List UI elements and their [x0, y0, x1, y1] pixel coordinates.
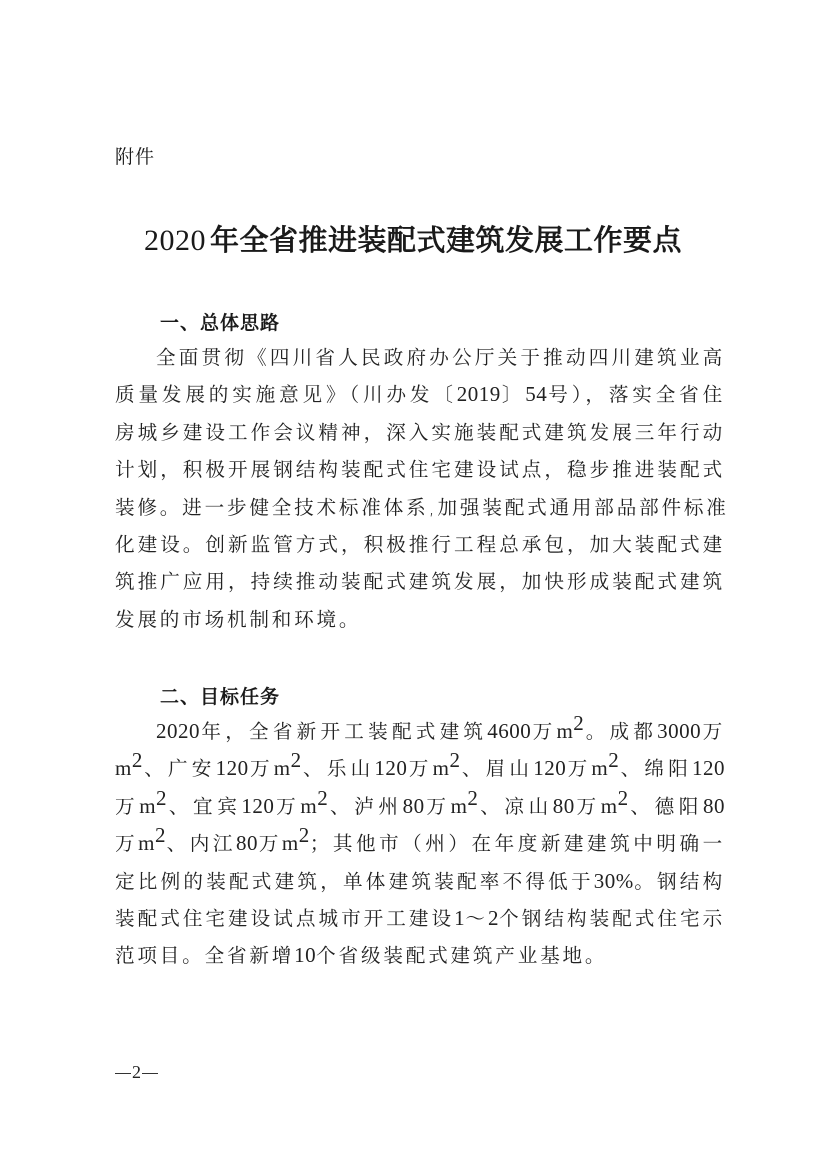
page-number-dash-left: [115, 1073, 131, 1074]
section-body-overall-approach: 全面贯彻《四川省人民政府办公厅关于推动四川建筑业高 质量发展的实施意见》（川办发…: [115, 339, 725, 638]
page-number-value: 2: [132, 1062, 141, 1082]
body-line: 房城乡建设工作会议精神，深入实施装配式建筑发展三年行动: [115, 414, 725, 451]
body-line: 万m2、宜宾120万m2、泸州80万m2、凉山80万m2、德阳80: [115, 788, 725, 825]
body-line: 定比例的装配式建筑，单体建筑装配率不得低于30%。钢结构: [115, 863, 725, 900]
attachment-label: 附件: [115, 144, 155, 170]
title-text: 年全省推进装配式建筑发展工作要点: [210, 223, 682, 257]
body-line: 装修。进一步健全技术标准体系,加强装配式通用部品部件标准: [115, 489, 725, 526]
body-line: 质量发展的实施意见》（川办发〔2019〕54号），落实全省住: [115, 376, 725, 413]
body-line: m2、广安120万m2、乐山120万m2、眉山120万m2、绵阳120: [115, 750, 725, 787]
page-number: 2: [114, 1062, 159, 1082]
body-line: 计划，积极开展钢结构装配式住宅建设试点，稳步推进装配式: [115, 451, 725, 488]
body-line: 发展的市场机制和环境。: [115, 601, 725, 638]
body-line: 筑推广应用，持续推动装配式建筑发展，加快形成装配式建筑: [115, 563, 725, 600]
body-line: 万m2、内江80万m2；其他市（州）在年度新建建筑中明确一: [115, 825, 725, 862]
section-body-targets: 2020年，全省新开工装配式建筑4600万m2。成都3000万 m2、广安120…: [115, 713, 725, 975]
body-line: 化建设。创新监管方式，积极推行工程总承包，加大装配式建: [115, 526, 725, 563]
body-line: 全面贯彻《四川省人民政府办公厅关于推动四川建筑业高: [115, 339, 725, 376]
document-page: 附件 2020年全省推进装配式建筑发展工作要点 一、总体思路 全面贯彻《四川省人…: [0, 0, 826, 1169]
title-year: 2020: [144, 224, 206, 257]
section-heading-overall-approach: 一、总体思路: [160, 310, 280, 336]
body-line: 范项目。全省新增10个省级装配式建筑产业基地。: [115, 937, 725, 974]
body-line: 2020年，全省新开工装配式建筑4600万m2。成都3000万: [115, 713, 725, 750]
page-number-dash-right: [142, 1073, 158, 1074]
document-title: 2020年全省推进装配式建筑发展工作要点: [0, 220, 826, 261]
body-line: 装配式住宅建设试点城市开工建设1～2个钢结构装配式住宅示: [115, 900, 725, 937]
section-heading-targets: 二、目标任务: [160, 684, 280, 710]
